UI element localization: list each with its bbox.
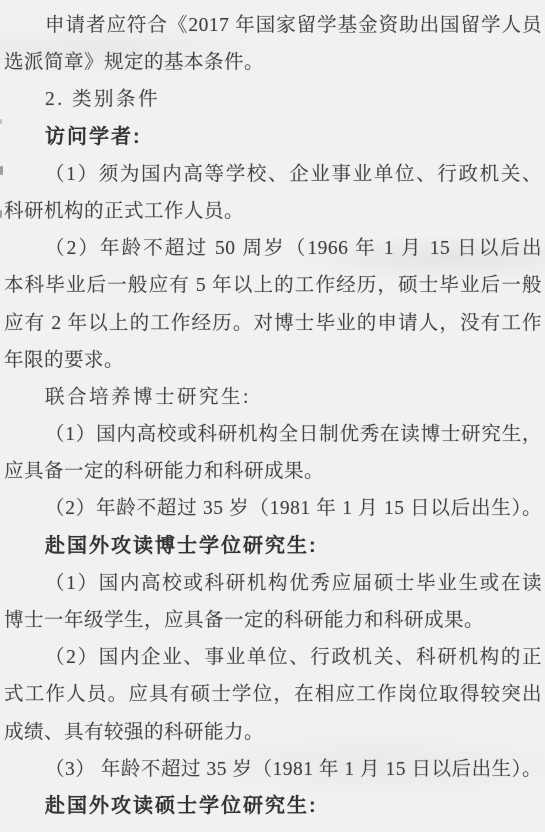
text-line: 博士一年级学生，应具备一定的科研能力和科研成果。	[4, 602, 542, 639]
text-line: 联合培养博士研究生:	[4, 379, 542, 416]
text-line: 本科毕业后一般应有 5 年以上的工作经历，硕士毕业后一般	[4, 267, 542, 304]
text-line: 科研机构的正式工作人员。	[4, 193, 542, 230]
text-line: 选派简章》规定的基本条件。	[4, 44, 542, 81]
text-line: （3） 年龄不超过 35 岁（1981 年 1 月 15 日以后出生）。	[4, 751, 542, 788]
text-line: 申请者应符合《2017 年国家留学基金资助出国留学人员	[4, 7, 542, 44]
text-line: 应具备一定的科研能力和科研成果。	[4, 453, 542, 490]
text-line: （2）年龄不超过 50 周岁（1966 年 1 月 15 日以后出生），	[4, 230, 542, 267]
heading-line: 赴国外攻读硕士学位研究生:	[4, 788, 542, 825]
text-line: 成绩、具有较强的科研能力。	[4, 714, 542, 751]
heading-line: 访问学者:	[4, 119, 542, 156]
text-line: （1）须为国内高等学校、企业事业单位、行政机关、	[4, 156, 542, 193]
text-line: 式工作人员。应具有硕士学位，在相应工作岗位取得较突出	[4, 676, 542, 713]
scan-artifact	[0, 210, 2, 218]
text-line: （2）国内企业、事业单位、行政机关、科研机构的正	[4, 639, 542, 676]
scan-artifact	[0, 166, 3, 175]
heading-line: 赴国外攻读博士学位研究生:	[4, 528, 542, 565]
text-line: （2）年龄不超过 35 岁（1981 年 1 月 15 日以后出生）。	[4, 490, 542, 527]
text-line: 2. 类别条件	[4, 81, 542, 118]
text-line: 应有 2 年以上的工作经历。对博士毕业的申请人，没有工作	[4, 305, 542, 342]
scan-artifact	[0, 119, 2, 124]
text-line: （1）国内高校或科研机构全日制优秀在读博士研究生，	[4, 416, 542, 453]
text-line: 年限的要求。	[4, 342, 542, 379]
document-page: 申请者应符合《2017 年国家留学基金资助出国留学人员选派简章》规定的基本条件。…	[0, 0, 545, 832]
text-line: （1）国内高校或科研机构优秀应届硕士毕业生或在读	[4, 565, 542, 602]
